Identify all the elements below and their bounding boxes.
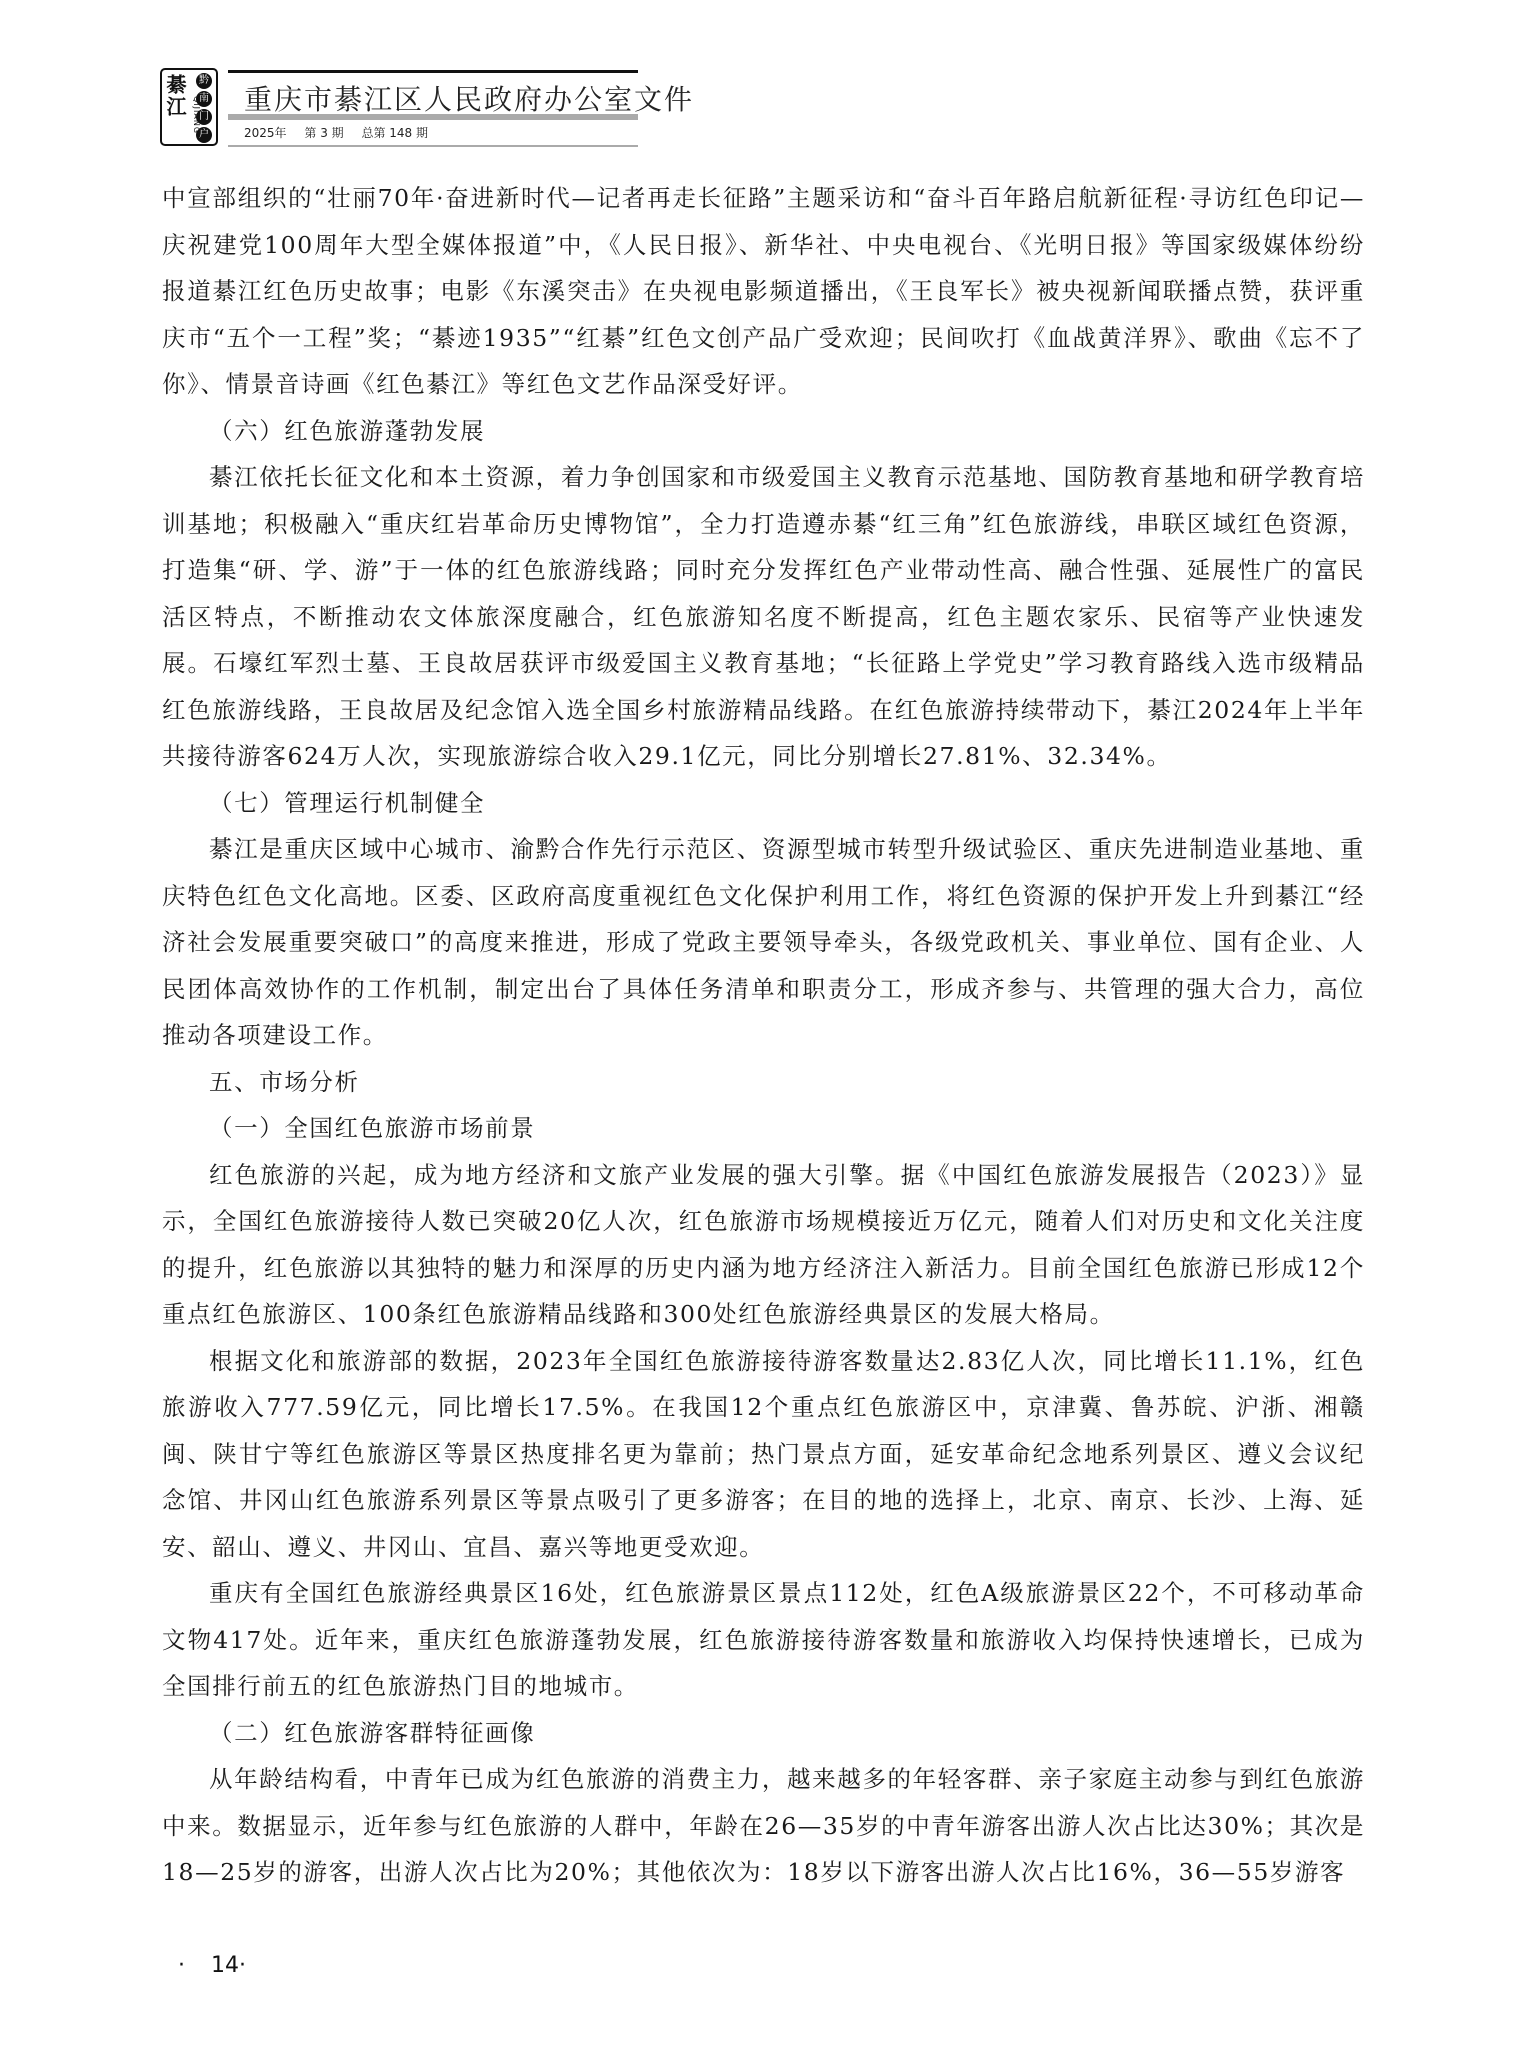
issue-info: 2025年 第 3 期 总第 148 期 bbox=[244, 124, 442, 141]
footer-dot: · bbox=[178, 1953, 185, 1978]
page-footer: ·14· bbox=[178, 1953, 246, 1978]
issue-total: 总第 148 期 bbox=[361, 126, 428, 140]
paragraph: 从年龄结构看，中青年已成为红色旅游的消费主力，越来越多的年轻客群、亲子家庭主动参… bbox=[162, 1756, 1365, 1896]
paragraph: 重庆有全国红色旅游经典景区16处，红色旅游景区景点112处，红色A级旅游景区22… bbox=[162, 1570, 1365, 1710]
paragraph: 綦江是重庆区域中心城市、渝黔合作先行示范区、资源型城市转型升级试验区、重庆先进制… bbox=[162, 826, 1365, 1059]
header-rule-middle bbox=[228, 114, 638, 120]
document-title: 重庆市綦江区人民政府办公室文件 bbox=[244, 78, 694, 118]
logo-seal-icons: 黔 南 门 户 bbox=[196, 73, 212, 143]
section-heading: （六）红色旅游蓬勃发展 bbox=[162, 408, 1365, 455]
issue-number: 第 3 期 bbox=[304, 126, 343, 140]
logo-seal-char: 门 bbox=[196, 109, 212, 125]
chapter-heading: 五、市场分析 bbox=[162, 1059, 1365, 1106]
section-heading: （一）全国红色旅游市场前景 bbox=[162, 1105, 1365, 1152]
qijiang-logo: 綦江 QIJIANG 黔 南 门 户 bbox=[160, 68, 218, 146]
issue-year: 2025年 bbox=[244, 126, 287, 140]
logo-seal-char: 南 bbox=[196, 91, 212, 107]
section-heading: （七）管理运行机制健全 bbox=[162, 780, 1365, 827]
paragraph: 根据文化和旅游部的数据，2023年全国红色旅游接待游客数量达2.83亿人次，同比… bbox=[162, 1338, 1365, 1571]
logo-main-text: 綦江 bbox=[166, 74, 188, 118]
paragraph: 綦江依托长征文化和本土资源，着力争创国家和市级爱国主义教育示范基地、国防教育基地… bbox=[162, 454, 1365, 780]
paragraph: 红色旅游的兴起，成为地方经济和文旅产业发展的强大引擎。据《中国红色旅游发展报告（… bbox=[162, 1152, 1365, 1338]
logo-seal-char: 户 bbox=[196, 127, 212, 143]
footer-dot: · bbox=[239, 1953, 246, 1978]
section-heading: （二）红色旅游客群特征画像 bbox=[162, 1710, 1365, 1757]
header-rule-top bbox=[228, 70, 638, 73]
logo-seal-char: 黔 bbox=[196, 73, 212, 89]
document-body: 中宣部组织的“壮丽70年·奋进新时代—记者再走长征路”主题采访和“奋斗百年路启航… bbox=[162, 175, 1365, 1896]
header-rule-bottom bbox=[228, 145, 638, 147]
paragraph: 中宣部组织的“壮丽70年·奋进新时代—记者再走长征路”主题采访和“奋斗百年路启航… bbox=[162, 175, 1365, 408]
page-number: 14 bbox=[211, 1953, 239, 1978]
page-header: 綦江 QIJIANG 黔 南 门 户 重庆市綦江区人民政府办公室文件 2025年… bbox=[160, 68, 638, 148]
